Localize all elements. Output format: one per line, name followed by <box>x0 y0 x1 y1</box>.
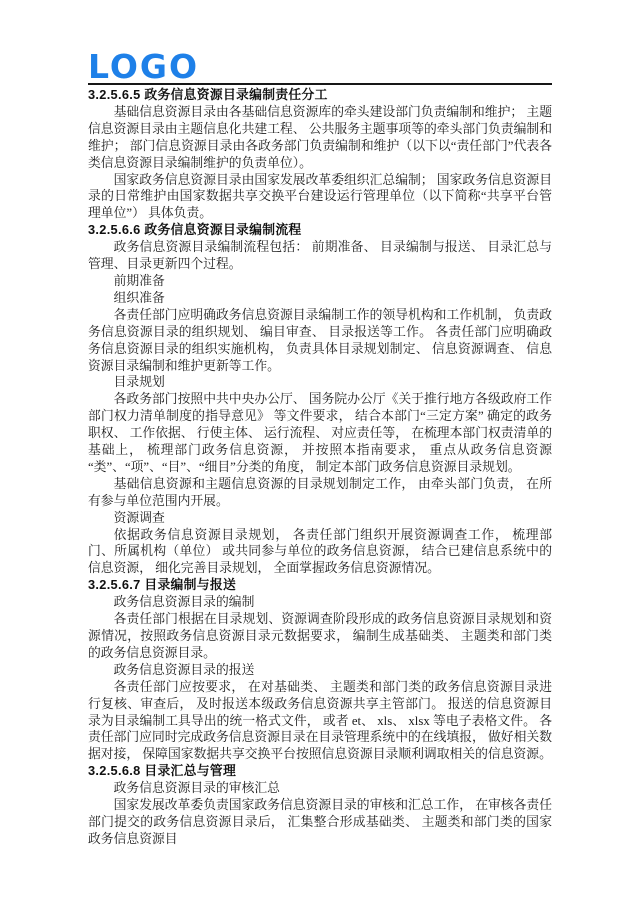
document-page: LOGO 3.2.5.6.5 政务信息资源目录编制责任分工 基础信息资源目录由各… <box>0 0 640 906</box>
paragraph: 各责任部门根据在目录规划、资源调查阶段形成的政务信息资源目录规划和资源情况，按照… <box>88 611 552 662</box>
subitem-catalog-compilation: 政务信息资源目录的编制 <box>88 594 552 611</box>
paragraph: 国家发展改革委负责国家政务信息资源目录的审核和汇总工作， 在审核各责任部门提交的… <box>88 797 552 848</box>
subitem-organization-preparation: 组织准备 <box>88 290 552 307</box>
paragraph: 政务信息资源目录编制流程包括： 前期准备、 目录编制与报送、 目录汇总与管理、目… <box>88 239 552 273</box>
paragraph: 各责任部门应按要求， 在对基础类、 主题类和部门类的政务信息资源目录进行复核、审… <box>88 679 552 764</box>
paragraph: 基础信息资源目录由各基础信息资源库的牵头建设部门负责编制和维护； 主题信息资源目… <box>88 104 552 172</box>
subitem-resource-survey: 资源调查 <box>88 510 552 527</box>
section-heading-summary-management: 3.2.5.6.8 目录汇总与管理 <box>88 763 552 780</box>
subitem-catalog-submission: 政务信息资源目录的报送 <box>88 662 552 679</box>
section-heading-responsibility: 3.2.5.6.5 政务信息资源目录编制责任分工 <box>88 87 552 104</box>
paragraph: 国家政务信息资源目录由国家发展改革委组织汇总编制； 国家政务信息资源目录的日常维… <box>88 172 552 223</box>
paragraph: 各责任部门应明确政务信息资源目录编制工作的领导机构和工作机制， 负责政务信息资源… <box>88 307 552 375</box>
paragraph: 基础信息资源和主题信息资源的目录规划制定工作， 由牵头部门负责， 在所有参与单位… <box>88 476 552 510</box>
subitem-catalog-planning: 目录规划 <box>88 374 552 391</box>
document-body: 3.2.5.6.5 政务信息资源目录编制责任分工 基础信息资源目录由各基础信息资… <box>88 87 552 848</box>
paragraph: 各政务部门按照中共中央办公厅、 国务院办公厅《关于推行地方各级政府工作部门权力清… <box>88 391 552 476</box>
paragraph: 依据政务信息资源目录规划， 各责任部门组织开展资源调查工作， 梳理部门、所属机构… <box>88 527 552 578</box>
company-logo: LOGO <box>88 50 552 81</box>
section-heading-compile-submit: 3.2.5.6.7 目录编制与报送 <box>88 577 552 594</box>
page-content: LOGO 3.2.5.6.5 政务信息资源目录编制责任分工 基础信息资源目录由各… <box>88 0 552 848</box>
section-heading-process: 3.2.5.6.6 政务信息资源目录编制流程 <box>88 222 552 239</box>
subitem-early-preparation: 前期准备 <box>88 273 552 290</box>
subitem-review-summary: 政务信息资源目录的审核汇总 <box>88 780 552 797</box>
